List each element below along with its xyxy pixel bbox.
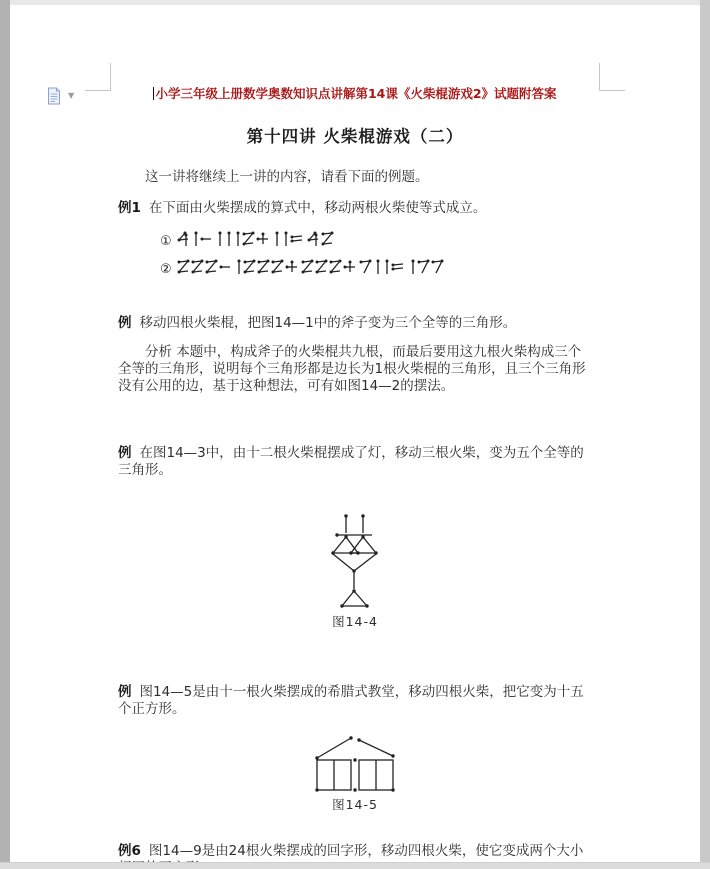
svg-text:②: ② bbox=[160, 262, 172, 277]
example-axe-paragraph: 例移动四根火柴棍，把图14—1中的斧子变为三个全等的三角形。 bbox=[118, 315, 592, 332]
example6-label: 例6 bbox=[118, 843, 141, 859]
example1-label: 例1 bbox=[118, 200, 141, 216]
app-background-left bbox=[0, 0, 10, 869]
analysis-label: 分析 bbox=[145, 344, 172, 360]
embedded-document-icon[interactable] bbox=[46, 87, 61, 105]
figure-14-4-caption: 图14-4 bbox=[118, 613, 592, 630]
app-background-right bbox=[700, 0, 710, 869]
matchstick-lamp-drawing bbox=[315, 513, 395, 611]
matchstick-church-drawing bbox=[307, 734, 403, 794]
intro-paragraph: 这一讲将继续上一讲的内容，请看下面的例题。 bbox=[118, 169, 592, 186]
document-page: ▼ 小学三年级上册数学奥数知识点讲解第14课《火柴棍游戏2》试题附答案 第十四讲… bbox=[10, 5, 700, 862]
document-title: 小学三年级上册数学奥数知识点讲解第14课《火柴棍游戏2》试题附答案 bbox=[118, 85, 592, 102]
example1-paragraph: 例1在下面由火柴摆成的算式中，移动两根火柴使等式成立。 bbox=[118, 200, 592, 217]
figure-14-4: 图14-4 bbox=[118, 513, 592, 630]
analysis-paragraph: 分析 本题中，构成斧子的火柴棍共九根，而最后要用这九根火柴构成三个全等的三角形，… bbox=[118, 344, 592, 395]
example-lamp-label: 例 bbox=[118, 445, 132, 461]
matchstick-equation: ② bbox=[160, 259, 592, 281]
example-church-paragraph: 例图14—5是由十一根火柴摆成的希腊式教堂，移动四根火柴，把它变为十五个正方形。 bbox=[118, 684, 592, 718]
matchstick-equations-figure: ①② bbox=[160, 231, 592, 281]
example-lamp-paragraph: 例在图14—3中，由十二根火柴棍摆成了灯，移动三根火柴，变为五个全等的三角形。 bbox=[118, 445, 592, 479]
svg-text:①: ① bbox=[160, 234, 172, 249]
matchstick-equation: ① bbox=[160, 231, 592, 253]
dropdown-caret-icon[interactable]: ▼ bbox=[68, 92, 74, 100]
example6-paragraph: 例6图14—9是由24根火柴摆成的回字形，移动四根火柴，使它变成两个大小相同的正… bbox=[118, 843, 592, 862]
app-background-bottom bbox=[0, 862, 710, 869]
example-axe-label: 例 bbox=[118, 315, 132, 331]
figure-14-5: 图14-5 bbox=[118, 734, 592, 813]
example-church-label: 例 bbox=[118, 684, 132, 700]
figure-14-5-caption: 图14-5 bbox=[118, 796, 592, 813]
lesson-heading: 第十四讲 火柴棍游戏（二） bbox=[118, 128, 592, 145]
